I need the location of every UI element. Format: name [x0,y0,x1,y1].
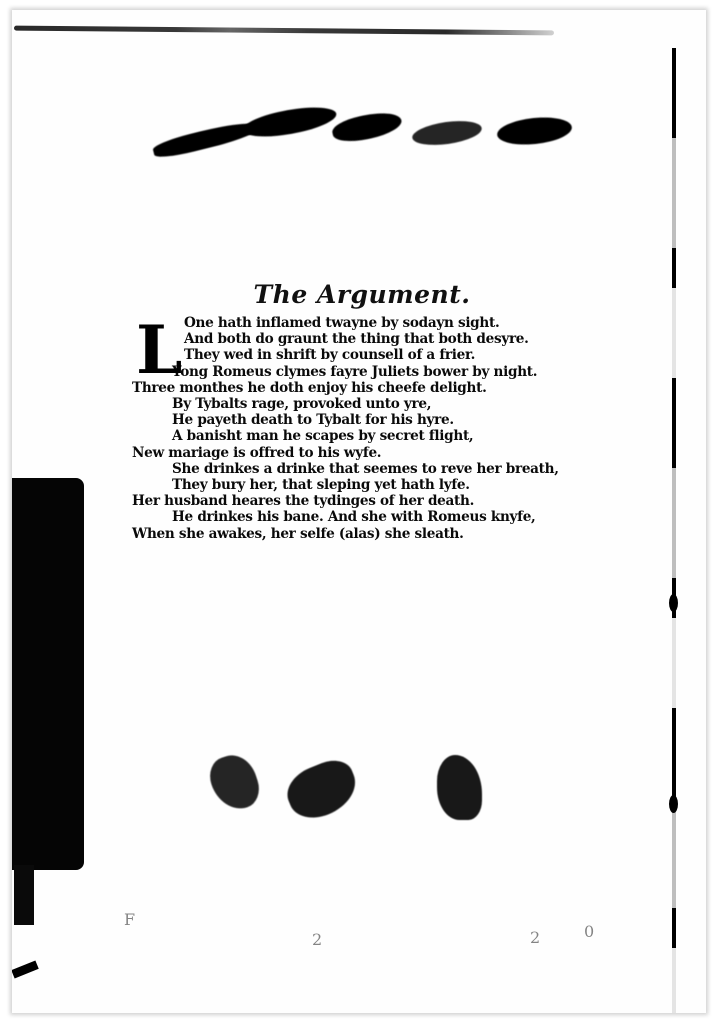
top-border-smear [14,26,554,36]
ink-blot [496,114,573,148]
page-title: The Argument. [132,280,592,309]
argument-section: The Argument. L One hath inflamed twayne… [132,280,652,542]
verse-line: New mariage is offred to his wyfe. [132,445,652,461]
verse-line: He payeth death to Tybalt for his hyre. [132,412,652,428]
left-binding-strip [14,865,34,925]
verse-line: Three monthes he doth enjoy his cheefe d… [132,380,652,396]
ink-blot [280,754,364,827]
drop-cap: L [136,322,182,378]
verse-line: Her husband heares the tydinges of her d… [132,493,652,509]
ink-blot [241,102,339,142]
left-binding-smear [12,960,39,978]
ink-blot [437,755,482,820]
scanned-page: The Argument. L One hath inflamed twayne… [12,10,706,1013]
verse: One hath inflamed twayne by sodayn sight… [132,315,652,542]
ink-blot [411,117,483,149]
verse-line: And both do graunt the thing that both d… [132,331,652,347]
verse-line: She drinkes a drinke that seemes to reve… [132,461,652,477]
faint-mark: 0 [584,922,594,941]
verse-line: By Tybalts rage, provoked unto yre, [132,396,652,412]
ink-blot [330,108,403,146]
faint-mark: 2 [312,930,322,949]
verse-line: They bury her, that sleping yet hath lyf… [132,477,652,493]
faint-mark: F [124,910,135,929]
faint-mark: 2 [530,928,540,947]
ink-blot [205,749,265,815]
verse-line: When she awakes, her selfe (alas) she sl… [132,526,652,542]
right-ink-blot [669,594,678,612]
right-gutter-line [672,48,676,1013]
scanned-page-frame: The Argument. L One hath inflamed twayne… [12,10,706,1013]
verse-line: They wed in shrift by counsell of a frie… [132,347,652,363]
verse-line: He drinkes his bane. And she with Romeus… [132,509,652,525]
verse-line: A banisht man he scapes by secret flight… [132,428,652,444]
left-binding-shadow [12,478,84,870]
right-ink-blot [669,795,678,813]
verse-line: Yong Romeus clymes fayre Juliets bower b… [132,364,652,380]
verse-line: One hath inflamed twayne by sodayn sight… [132,315,652,331]
